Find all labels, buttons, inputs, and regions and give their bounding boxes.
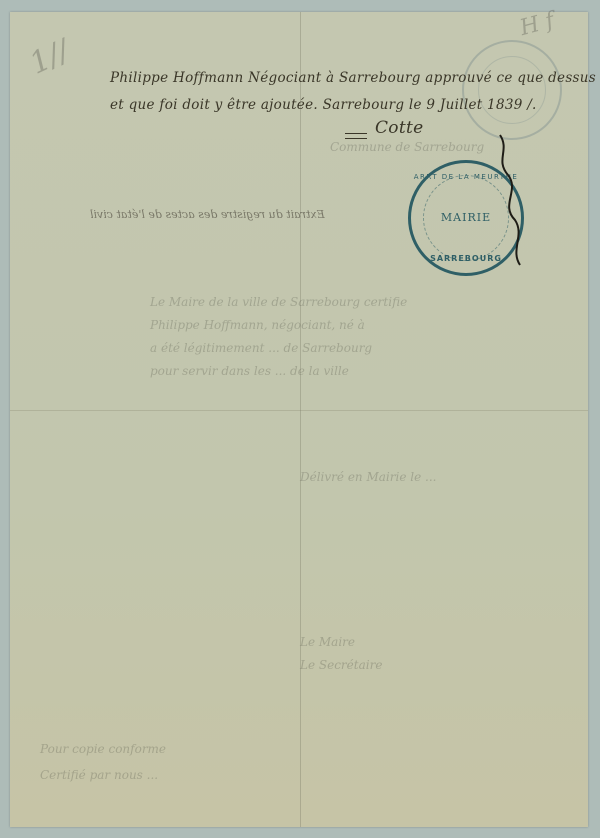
handwritten-line-2: et que foi doit y être ajoutée. Sarrebou…: [110, 97, 537, 113]
bleed-through-text: Philippe Hoffmann, négociant, né à: [150, 318, 365, 332]
bleed-through-text: Le Secrétaire: [300, 658, 382, 672]
double-underline: [345, 133, 367, 139]
bleed-through-text: Commune de Sarrebourg: [330, 140, 484, 154]
bleed-through-text: Le Maire: [300, 635, 355, 649]
bleed-through-text: Délivré en Mairie le ...: [300, 470, 436, 484]
fold-line-horizontal: [10, 410, 588, 411]
faint-seal-stamp: [462, 40, 562, 140]
bleed-through-text: Certifié par nous ...: [40, 768, 158, 782]
handwritten-line-1: Philippe Hoffmann Négociant à Sarrebourg…: [110, 70, 596, 86]
fold-line-vertical: [300, 12, 301, 827]
signature-flourish: [490, 130, 530, 270]
bleed-through-text: pour servir dans les ... de la ville: [150, 364, 349, 378]
bleed-through-text: Pour copie conforme: [40, 742, 166, 756]
signature: Cotte: [375, 118, 423, 138]
bleed-through-text: Extrait du registre des actes de l'état …: [90, 208, 325, 221]
bleed-through-text: Le Maire de la ville de Sarrebourg certi…: [150, 295, 407, 309]
bleed-through-text: a été légitimement ... de Sarrebourg: [150, 341, 372, 355]
